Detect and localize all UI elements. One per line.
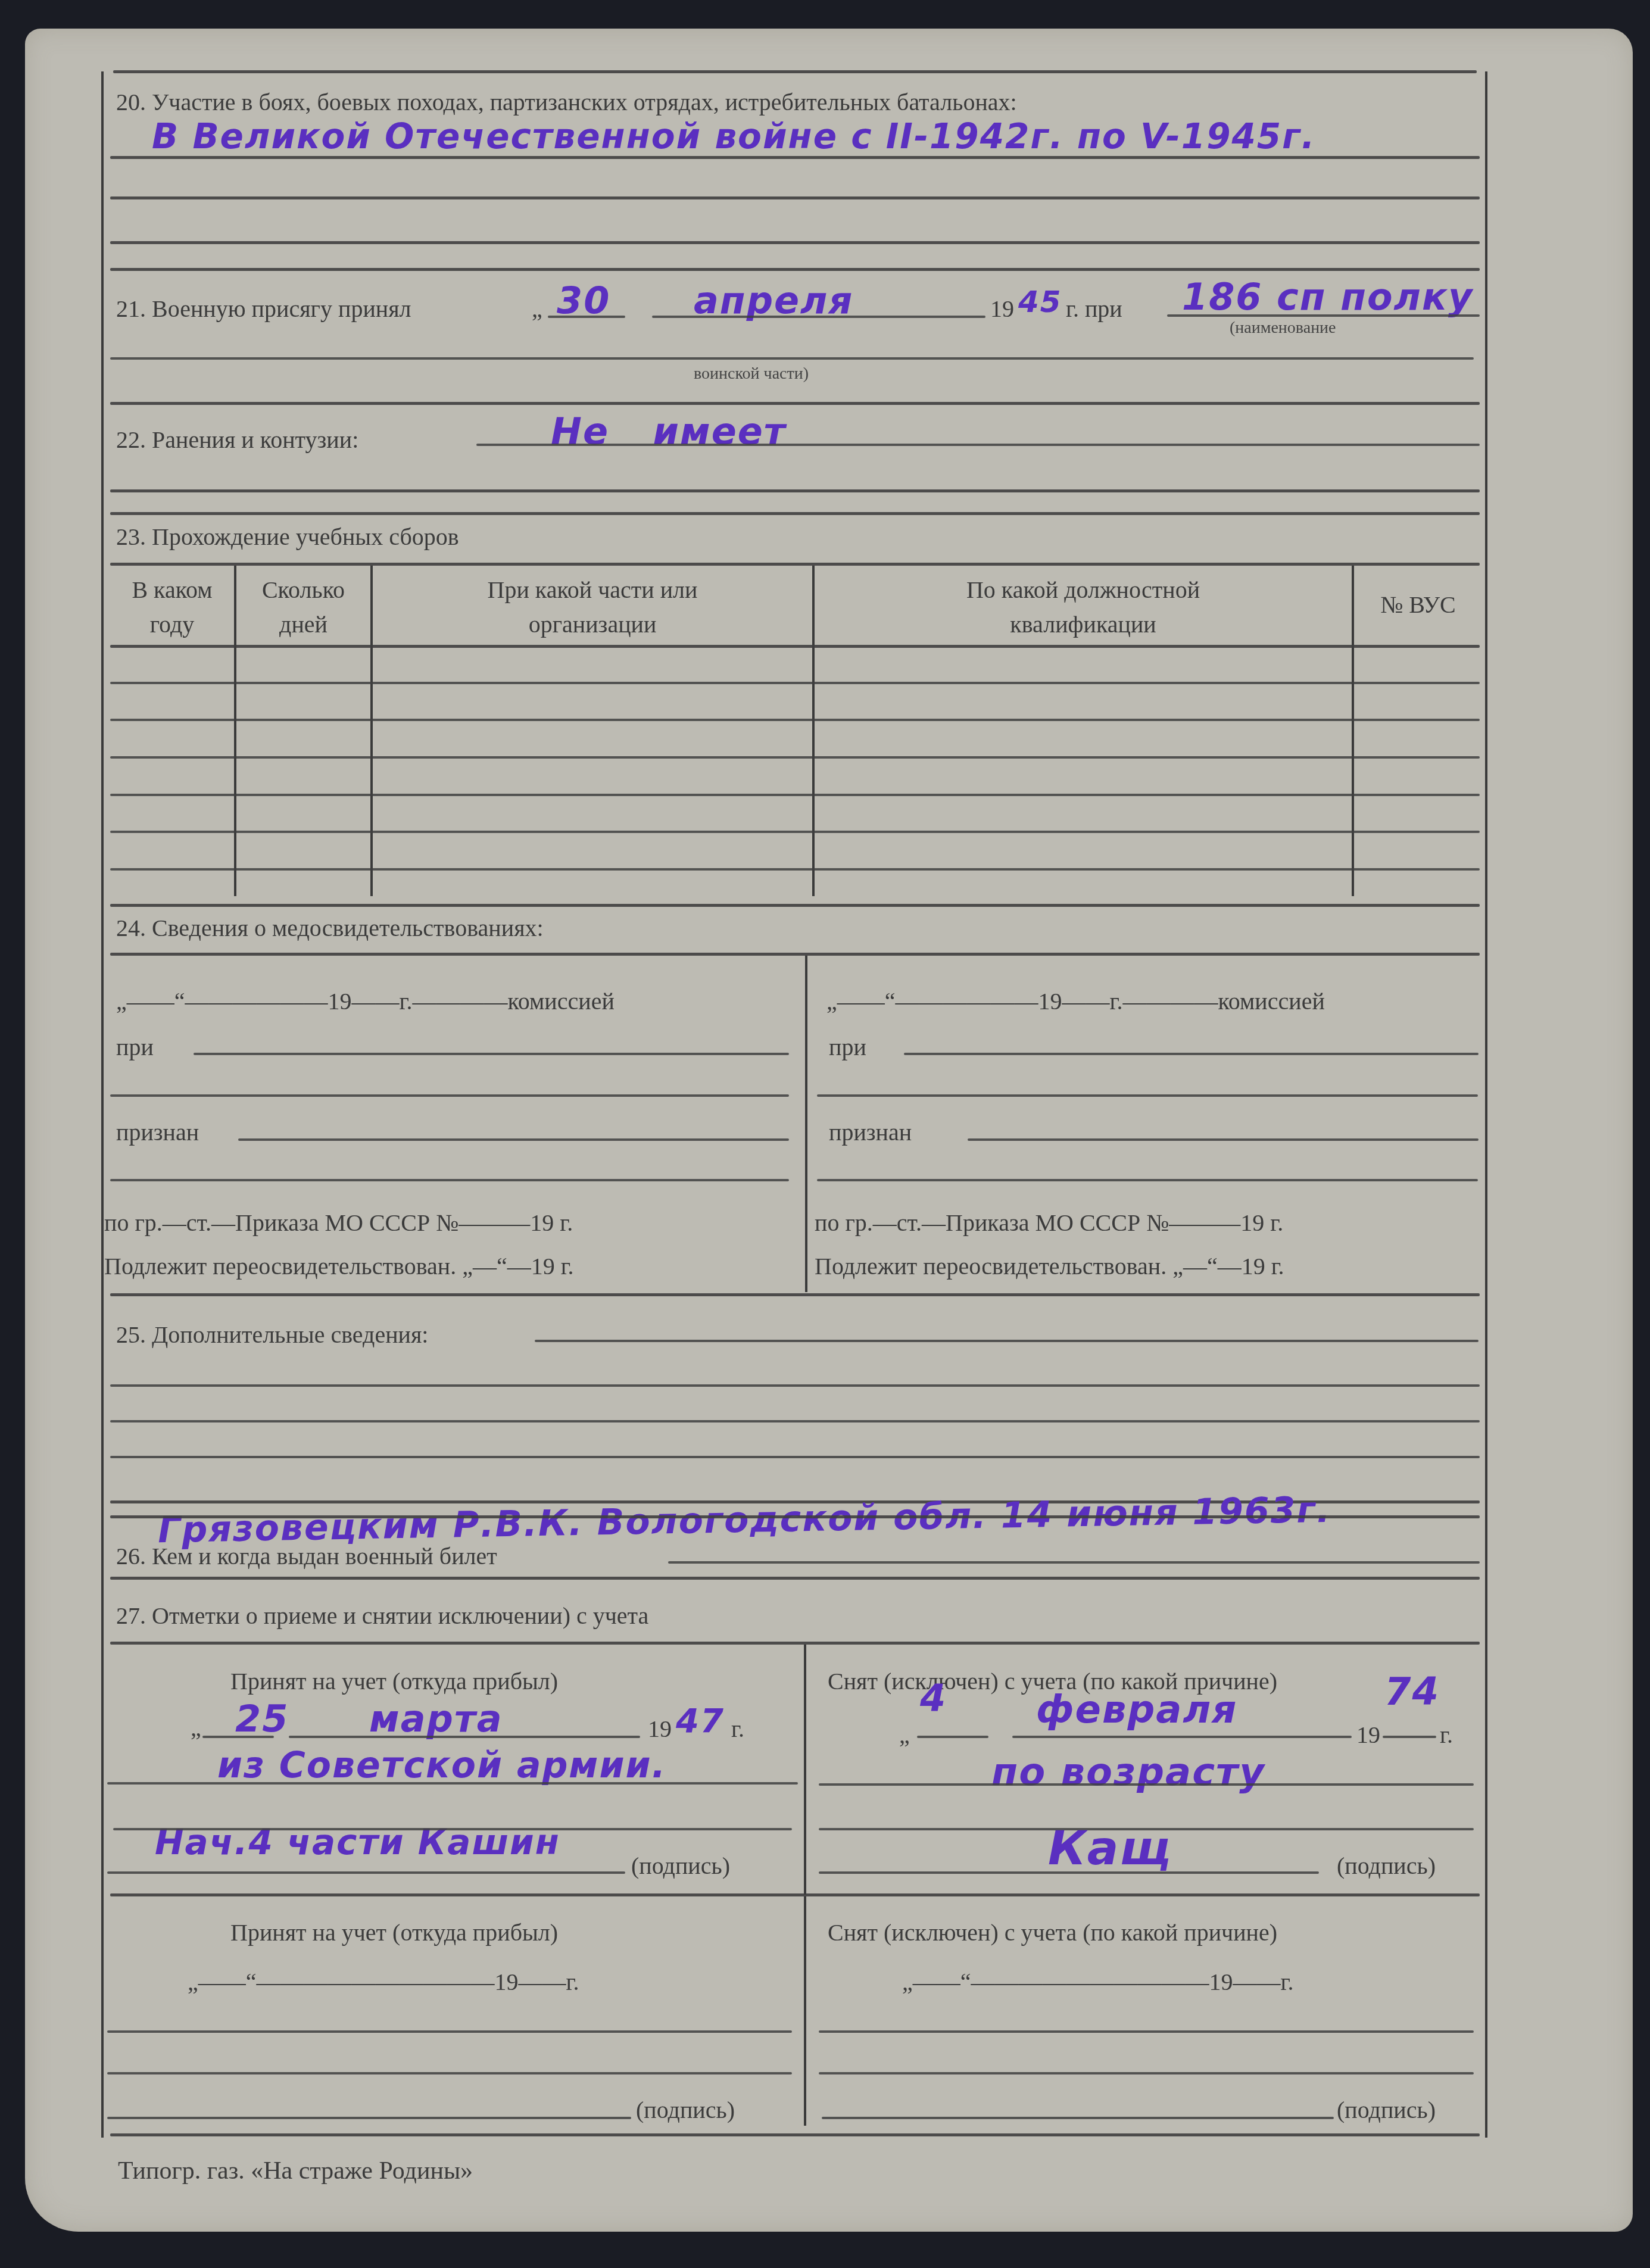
table-row-line[interactable]: [110, 756, 1480, 759]
col-header-qual-l1: По какой должностной: [815, 573, 1352, 607]
section21-label: 21. Военную присягу принял: [116, 295, 411, 323]
section22-label: 22. Ранения и контузии:: [116, 426, 358, 454]
section20-line2: [110, 196, 1480, 199]
day-line: [548, 316, 625, 318]
wounds-value[interactable]: Не имеет: [551, 410, 787, 453]
reg-from-line: [107, 1782, 798, 1785]
col-header-qual-l2: квалификации: [815, 607, 1352, 642]
registered2-sig-caption: (подпись): [636, 2096, 735, 2124]
dereg-sig-line: [819, 1871, 1319, 1874]
med-left-line[interactable]: [110, 1094, 789, 1097]
table-row-line[interactable]: [110, 868, 1480, 871]
med-right-line2[interactable]: [817, 1179, 1478, 1181]
med-right-priznan: признан: [829, 1118, 912, 1146]
top-rule: [113, 70, 1477, 73]
med-left-pri: при: [116, 1033, 154, 1061]
registered-year[interactable]: 47: [676, 1702, 725, 1740]
section20-label: 20. Участие в боях, боевых походах, парт…: [116, 88, 1017, 116]
col-header-year: В каком году: [110, 573, 234, 642]
section25-line1[interactable]: [535, 1340, 1479, 1342]
caption-name: (наименование: [1230, 319, 1336, 338]
registered2-sig-line[interactable]: [107, 2117, 631, 2119]
section26-line[interactable]: [668, 1561, 1480, 1564]
section26-label: 26. Кем и когда выдан военный билет: [116, 1542, 497, 1570]
table-header-bottom: [110, 645, 1480, 648]
quote-open: „: [191, 1714, 201, 1742]
section25-label: 25. Дополнительные сведения:: [116, 1321, 428, 1349]
section27-mid: [110, 1893, 1480, 1896]
table-row-line[interactable]: [110, 794, 1480, 796]
med-right-date[interactable]: „——“——————19——г.————комиссией: [826, 987, 1325, 1015]
deregistered-signature[interactable]: Кащ: [1048, 1822, 1172, 1876]
quote-open: „: [532, 295, 542, 323]
section20-line3: [110, 241, 1480, 244]
reg-month-line: [289, 1736, 640, 1738]
reg-sig-line1: [113, 1828, 792, 1830]
med-right-line[interactable]: [817, 1094, 1478, 1097]
wounds-line: [476, 444, 1480, 446]
form-bottom-rule: [110, 2133, 1480, 2136]
table-header-top: [110, 563, 1480, 566]
dereg-reason-line: [819, 1783, 1474, 1786]
dereg-year-prefix: 19: [1356, 1721, 1380, 1749]
med-left-recheck: Подлежит переосвидетельствован. „—“—19 г…: [104, 1252, 574, 1280]
col-header-days-l2: дней: [236, 607, 370, 642]
section25-line4[interactable]: [110, 1456, 1480, 1458]
med-right-order: по гр.—ст.—Приказа МО СССР №———19 г.: [815, 1209, 1283, 1237]
reg-sig-caption: (подпись): [631, 1852, 730, 1880]
section22-bottom: [110, 489, 1480, 492]
deregistered2-title: Снят (исключен) с учета (по какой причин…: [828, 1918, 1277, 1946]
deregistered2-line1[interactable]: [819, 2030, 1474, 2033]
reg-year-prefix: 19: [648, 1715, 672, 1743]
registered-title: Принят на учет (откуда прибыл): [230, 1667, 558, 1695]
deregistered2-sig-line[interactable]: [822, 2117, 1334, 2119]
section23-label: 23. Прохождение учебных сборов: [116, 523, 459, 551]
section27-divider-2: [804, 1896, 806, 2126]
unit-line2: [110, 357, 1474, 360]
section21-bottom: [110, 402, 1480, 405]
section24-top: [110, 953, 1480, 956]
table-row-line[interactable]: [110, 719, 1480, 721]
registered2-title: Принят на учет (откуда прибыл): [230, 1918, 558, 1946]
col-header-days-l1: Сколько: [236, 573, 370, 607]
registered2-line1[interactable]: [107, 2030, 792, 2033]
registered-day[interactable]: 25: [235, 1697, 289, 1740]
deregistered-month[interactable]: февраля: [1036, 1688, 1237, 1732]
med-left-order: по гр.—ст.—Приказа МО СССР №———19 г.: [104, 1209, 573, 1237]
section27-divider-1: [804, 1645, 806, 1895]
med-left-priznan-line[interactable]: [238, 1138, 789, 1141]
section26-bottom: [110, 1577, 1480, 1580]
dereg-sig-caption: (подпись): [1337, 1852, 1436, 1880]
table-row-line[interactable]: [110, 682, 1480, 684]
quote-open: „: [899, 1721, 910, 1749]
section24-bottom: [110, 1293, 1480, 1296]
registered2-date[interactable]: „——“——————————19——г.: [188, 1968, 579, 1996]
deregistered-reason[interactable]: по возрасту: [991, 1751, 1265, 1795]
col-header-unit-l2: организации: [373, 607, 812, 642]
deregistered2-sig-caption: (подпись): [1337, 2096, 1436, 2124]
section20-line1: [110, 156, 1480, 159]
caption-unit: воинской части): [694, 364, 809, 383]
deregistered-day[interactable]: 4: [920, 1676, 947, 1720]
registered2-line2[interactable]: [107, 2072, 792, 2074]
med-left-pri-line[interactable]: [194, 1053, 789, 1055]
section23-bottom: [110, 904, 1480, 907]
med-right-recheck: Подлежит переосвидетельствован. „—“—19 г…: [815, 1252, 1284, 1280]
section26-line-a: [110, 1515, 1480, 1518]
col-header-unit: При какой части или организации: [373, 573, 812, 642]
registered-month[interactable]: марта: [369, 1697, 503, 1740]
table-row-line[interactable]: [110, 831, 1480, 833]
reg-g: г.: [731, 1715, 744, 1743]
dereg-g: г.: [1440, 1721, 1453, 1749]
section27-top: [110, 1642, 1480, 1645]
col-header-year-l2: году: [110, 607, 234, 642]
section27-label: 27. Отметки о приеме и снятии исключении…: [116, 1602, 648, 1630]
dereg-year-line: [1383, 1736, 1436, 1738]
med-left-line2[interactable]: [110, 1179, 789, 1181]
med-right-priznan-line[interactable]: [968, 1138, 1479, 1141]
registered-from[interactable]: из Советской армии.: [217, 1745, 666, 1786]
dereg-day-line: [917, 1736, 988, 1738]
reg-day-line: [202, 1736, 274, 1738]
deregistered-year[interactable]: 74: [1384, 1670, 1440, 1714]
section20-bottom: [110, 268, 1480, 271]
month-line: [652, 316, 985, 318]
oath-year[interactable]: 45: [1018, 285, 1062, 319]
section23-top: [110, 512, 1480, 515]
section25-line3[interactable]: [110, 1420, 1480, 1422]
med-left-priznan: признан: [116, 1118, 199, 1146]
deregistered2-date[interactable]: „——“——————————19——г.: [902, 1968, 1293, 1996]
col-header-days: Сколько дней: [236, 573, 370, 642]
col-header-year-l1: В каком: [110, 573, 234, 607]
col-header-qualification: По какой должностной квалификации: [815, 573, 1352, 642]
reg-sig-line2: [107, 1871, 625, 1874]
printer-imprint: Типогр. газ. «На страже Родины»: [118, 2157, 473, 2185]
g-pri: г. при: [1066, 295, 1122, 323]
col-header-unit-l1: При какой части или: [373, 573, 812, 607]
section20-value[interactable]: В Великой Отечественной войне с II-1942г…: [152, 116, 1316, 157]
oath-unit[interactable]: 186 сп полку: [1182, 275, 1474, 319]
med-right-pri-line[interactable]: [904, 1053, 1479, 1055]
section24-label: 24. Сведения о медосвидетельствованиях:: [116, 914, 544, 942]
section25-line2[interactable]: [110, 1384, 1480, 1387]
med-right-pri: при: [829, 1033, 866, 1061]
section24-divider: [805, 956, 807, 1292]
dereg-month-line: [1012, 1736, 1352, 1738]
med-left-date[interactable]: „——“——————19——г.————комиссией: [116, 987, 615, 1015]
col-header-vus: № ВУС: [1354, 591, 1482, 619]
year-prefix: 19: [990, 295, 1014, 323]
deregistered2-line2[interactable]: [819, 2072, 1474, 2074]
unit-line: [1167, 314, 1480, 317]
